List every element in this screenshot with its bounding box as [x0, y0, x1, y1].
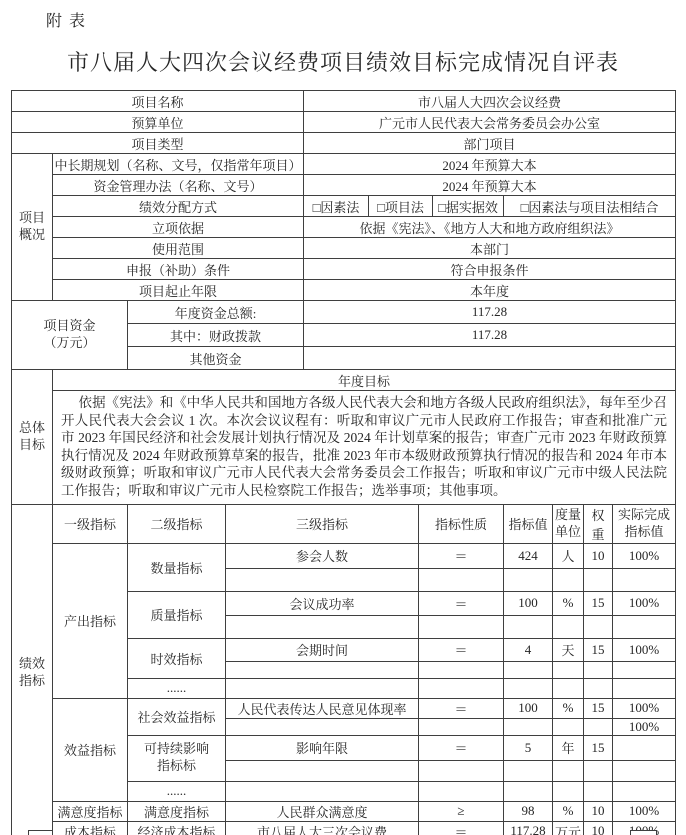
indicator-name [226, 678, 419, 698]
indicator-unit [553, 718, 584, 735]
table-row: 项目 概况 中长期规划（名称、文号，仅指常年项目） 2024 年预算大本 [12, 154, 676, 175]
table-row: 项目名称 市八届人大四次会议经费 [12, 91, 676, 112]
indicator-row: 产出指标 数量指标 参会人数 ＝ 424 人 10 100% [12, 543, 676, 568]
indicator-weight: 15 [584, 698, 613, 718]
indicator-target [504, 615, 553, 638]
table-row: 立项依据 依据《宪法》、《地方人大和地方政府组织法》 [12, 217, 676, 238]
indicator-row: 成本指标 经济成本指标 市八届人大三次会议费 ＝ 117.28 万元 10 10… [12, 821, 676, 835]
indicator-actual: 100% [613, 543, 676, 568]
indicator-name: 市八届人大三次会议费 [226, 821, 419, 835]
indicator-target [504, 568, 553, 591]
indicator-actual [613, 735, 676, 760]
field-label-fiscal-allocation: 其中：财政拨款 [128, 324, 304, 347]
table-row: 总体 目标 年度目标 [12, 370, 676, 391]
indicator-target: 424 [504, 543, 553, 568]
field-label-project-name: 项目名称 [12, 91, 304, 112]
header-level1: 一级指标 [53, 504, 128, 543]
indicator-weight: 10 [584, 543, 613, 568]
indicator-unit [553, 678, 584, 698]
indicator-name [226, 568, 419, 591]
table-row: 预算单位 广元市人民代表大会常务委员会办公室 [12, 112, 676, 133]
indicator-weight [584, 718, 613, 735]
header-nature: 指标性质 [419, 504, 504, 543]
next-page-row-stub-right [630, 830, 657, 835]
level2-label-economic-cost: 经济成本指标 [128, 821, 226, 835]
level2-label-timeliness: 时效指标 [128, 638, 226, 678]
checkbox-option-project-method: □项目法 [369, 196, 433, 217]
field-label-fund-management: 资金管理办法（名称、文号） [53, 175, 304, 196]
checkbox-option-factor-method: □因素法 [304, 196, 369, 217]
indicator-unit: % [553, 698, 584, 718]
field-label-allocation-method: 绩效分配方式 [53, 196, 304, 217]
checkbox-option-combined-method: □因素法与项目法相结合 [504, 196, 676, 217]
field-label-budget-unit: 预算单位 [12, 112, 304, 133]
field-value-project-duration: 本年度 [304, 280, 676, 301]
section-label-overall-goal: 总体 目标 [12, 370, 53, 505]
level1-label-satisfaction: 满意度指标 [53, 801, 128, 821]
indicator-unit: 人 [553, 543, 584, 568]
indicator-target [504, 718, 553, 735]
indicator-weight [584, 661, 613, 678]
indicator-target [504, 678, 553, 698]
level2-label-social-benefit: 社会效益指标 [128, 698, 226, 735]
indicator-weight: 10 [584, 821, 613, 835]
header-unit: 度量 单位 [553, 504, 584, 543]
form-tables: 项目名称 市八届人大四次会议经费 预算单位 广元市人民代表大会常务委员会办公室 … [11, 90, 676, 835]
header-level3: 三级指标 [226, 504, 419, 543]
annual-goal-header: 年度目标 [53, 370, 676, 391]
indicators-header-row: 绩效 指标 一级指标 二级指标 三级指标 指标性质 指标值 度量 单位 权重 实… [12, 504, 676, 543]
indicator-target [504, 760, 553, 781]
field-value-budget-unit: 广元市人民代表大会常务委员会办公室 [304, 112, 676, 133]
header-target-value: 指标值 [504, 504, 553, 543]
table-row: 依据《宪法》和《中华人民共和国地方各级人民代表大会和地方各级人民政府组织法》，每… [12, 391, 676, 505]
basic-info-table: 项目名称 市八届人大四次会议经费 预算单位 广元市人民代表大会常务委员会办公室 … [11, 90, 676, 154]
indicator-actual [613, 678, 676, 698]
checkbox-option-actual-basis: □据实据效 [433, 196, 504, 217]
field-label-annual-total: 年度资金总额: [128, 301, 304, 324]
indicator-actual [613, 568, 676, 591]
section-label-project-funding: 项目资金 （万元） [12, 301, 128, 370]
indicator-row: 效益指标 社会效益指标 人民代表传达人民意见体现率 ＝ 100 % 15 100… [12, 698, 676, 718]
indicator-target: 100 [504, 591, 553, 615]
indicator-actual [613, 615, 676, 638]
indicator-unit: % [553, 591, 584, 615]
indicator-name: 影响年限 [226, 735, 419, 760]
table-row: 项目资金 （万元） 年度资金总额: 117.28 [12, 301, 676, 324]
indicator-nature: ＝ [419, 735, 504, 760]
table-row: 申报（补助）条件 符合申报条件 [12, 259, 676, 280]
indicator-target: 5 [504, 735, 553, 760]
indicator-actual: 100% [613, 591, 676, 615]
level2-label-ellipsis: ...... [128, 678, 226, 698]
indicator-unit: 天 [553, 638, 584, 661]
project-overview-table: 项目 概况 中长期规划（名称、文号，仅指常年项目） 2024 年预算大本 资金管… [11, 153, 676, 301]
indicator-target [504, 661, 553, 678]
indicator-actual: 100% [613, 718, 676, 735]
indicator-name [226, 760, 419, 781]
indicator-actual: 100% [613, 638, 676, 661]
indicator-nature: ＝ [419, 638, 504, 661]
indicator-target [504, 781, 553, 801]
indicator-nature: ＝ [419, 591, 504, 615]
level2-label-quality: 质量指标 [128, 591, 226, 638]
field-value-midterm-plan: 2024 年预算大本 [304, 154, 676, 175]
indicator-weight: 15 [584, 735, 613, 760]
indicator-nature: ≥ [419, 801, 504, 821]
indicator-nature: ＝ [419, 698, 504, 718]
indicator-nature [419, 568, 504, 591]
level1-label-output: 产出指标 [53, 543, 128, 698]
indicator-nature [419, 661, 504, 678]
indicators-table: 绩效 指标 一级指标 二级指标 三级指标 指标性质 指标值 度量 单位 权重 实… [11, 504, 676, 835]
indicator-weight [584, 678, 613, 698]
table-row: 项目起止年限 本年度 [12, 280, 676, 301]
indicator-row: 满意度指标 满意度指标 人民群众满意度 ≥ 98 % 10 100% [12, 801, 676, 821]
indicator-weight [584, 615, 613, 638]
indicator-nature [419, 781, 504, 801]
indicator-nature [419, 760, 504, 781]
indicator-nature [419, 678, 504, 698]
level1-label-cost: 成本指标 [53, 821, 128, 835]
funding-table: 项目资金 （万元） 年度资金总额: 117.28 其中：财政拨款 117.28 … [11, 300, 676, 370]
indicator-weight: 15 [584, 591, 613, 615]
indicator-unit [553, 661, 584, 678]
section-label-performance-indicators: 绩效 指标 [12, 504, 53, 835]
table-row: 项目类型 部门项目 [12, 133, 676, 154]
field-label-project-type: 项目类型 [12, 133, 304, 154]
indicator-weight [584, 760, 613, 781]
indicator-name: 会期时间 [226, 638, 419, 661]
indicator-actual: 100% [613, 801, 676, 821]
field-value-fund-management: 2024 年预算大本 [304, 175, 676, 196]
indicator-nature [419, 718, 504, 735]
indicator-target: 4 [504, 638, 553, 661]
level1-label-benefit: 效益指标 [53, 698, 128, 801]
annual-goal-text: 依据《宪法》和《中华人民共和国地方各级人民代表大会和地方各级人民政府组织法》，每… [53, 391, 676, 505]
self-evaluation-form-page: 附表 市八届人大四次会议经费项目绩效目标完成情况自评表 项目名称 市八届人大四次… [0, 0, 686, 835]
indicator-target: 117.28 [504, 821, 553, 835]
indicator-actual [613, 661, 676, 678]
section-label-project-overview: 项目 概况 [12, 154, 53, 301]
table-row: 使用范围 本部门 [12, 238, 676, 259]
field-value-project-type: 部门项目 [304, 133, 676, 154]
indicator-actual [613, 781, 676, 801]
indicator-weight: 10 [584, 801, 613, 821]
indicator-nature: ＝ [419, 821, 504, 835]
level2-label-ellipsis: ...... [128, 781, 226, 801]
indicator-name [226, 661, 419, 678]
field-label-application-condition: 申报（补助）条件 [53, 259, 304, 280]
header-actual-value: 实际完成 指标值 [613, 504, 676, 543]
indicator-weight [584, 568, 613, 591]
indicator-actual: 100% [613, 698, 676, 718]
field-label-usage-scope: 使用范围 [53, 238, 304, 259]
indicator-unit [553, 615, 584, 638]
field-label-midterm-plan: 中长期规划（名称、文号，仅指常年项目） [53, 154, 304, 175]
indicator-name: 人民群众满意度 [226, 801, 419, 821]
field-value-usage-scope: 本部门 [304, 238, 676, 259]
field-value-application-condition: 符合申报条件 [304, 259, 676, 280]
field-value-project-name: 市八届人大四次会议经费 [304, 91, 676, 112]
level2-label-quantity: 数量指标 [128, 543, 226, 591]
field-value-annual-total: 117.28 [304, 301, 676, 324]
field-label-other-funds: 其他资金 [128, 347, 304, 370]
indicator-unit: 万元 [553, 821, 584, 835]
field-label-project-duration: 项目起止年限 [53, 280, 304, 301]
level2-label-satisfaction: 满意度指标 [128, 801, 226, 821]
indicator-weight [584, 781, 613, 801]
field-value-other-funds [304, 347, 676, 370]
header-level2: 二级指标 [128, 504, 226, 543]
indicator-name [226, 615, 419, 638]
indicator-name: 会议成功率 [226, 591, 419, 615]
indicator-unit [553, 781, 584, 801]
indicator-unit: % [553, 801, 584, 821]
indicator-name [226, 781, 419, 801]
overall-goal-table: 总体 目标 年度目标 依据《宪法》和《中华人民共和国地方各级人民代表大会和地方各… [11, 369, 676, 505]
field-label-approval-basis: 立项依据 [53, 217, 304, 238]
next-page-row-stub-left [28, 830, 53, 835]
indicator-unit: 年 [553, 735, 584, 760]
table-row: 资金管理办法（名称、文号） 2024 年预算大本 [12, 175, 676, 196]
indicator-target: 98 [504, 801, 553, 821]
indicator-target: 100 [504, 698, 553, 718]
indicator-nature [419, 615, 504, 638]
indicator-actual [613, 760, 676, 781]
indicator-name [226, 718, 419, 735]
header-weight: 权重 [584, 504, 613, 543]
field-value-fiscal-allocation: 117.28 [304, 324, 676, 347]
table-row: 绩效分配方式 □因素法 □项目法 □据实据效 □因素法与项目法相结合 [12, 196, 676, 217]
page-title: 市八届人大四次会议经费项目绩效目标完成情况自评表 [0, 46, 686, 77]
attachment-tag: 附表 [46, 8, 92, 31]
indicator-unit [553, 760, 584, 781]
indicator-name: 人民代表传达人民意见体现率 [226, 698, 419, 718]
indicator-weight: 15 [584, 638, 613, 661]
indicator-name: 参会人数 [226, 543, 419, 568]
level2-label-sustainability: 可持续影响 指标标 [128, 735, 226, 781]
indicator-nature: ＝ [419, 543, 504, 568]
indicator-unit [553, 568, 584, 591]
field-value-approval-basis: 依据《宪法》、《地方人大和地方政府组织法》 [304, 217, 676, 238]
